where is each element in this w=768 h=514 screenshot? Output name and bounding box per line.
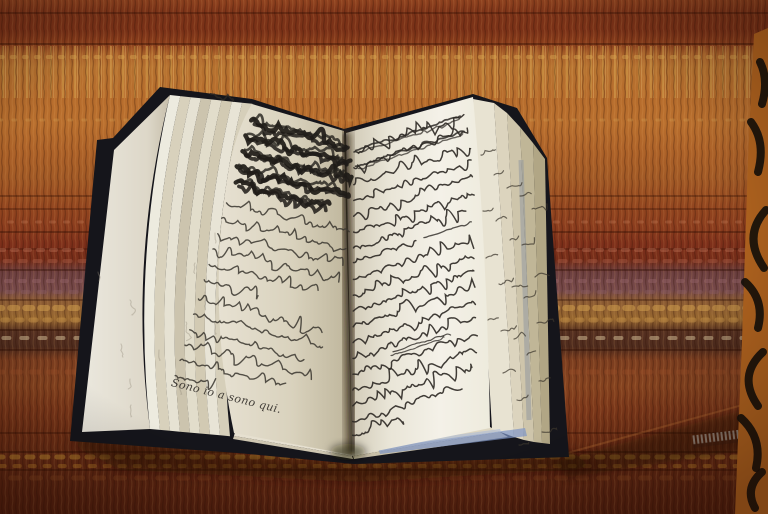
photo-journal-on-fabric: Sono io a sono qui. (0, 0, 768, 514)
vignette (0, 0, 768, 514)
